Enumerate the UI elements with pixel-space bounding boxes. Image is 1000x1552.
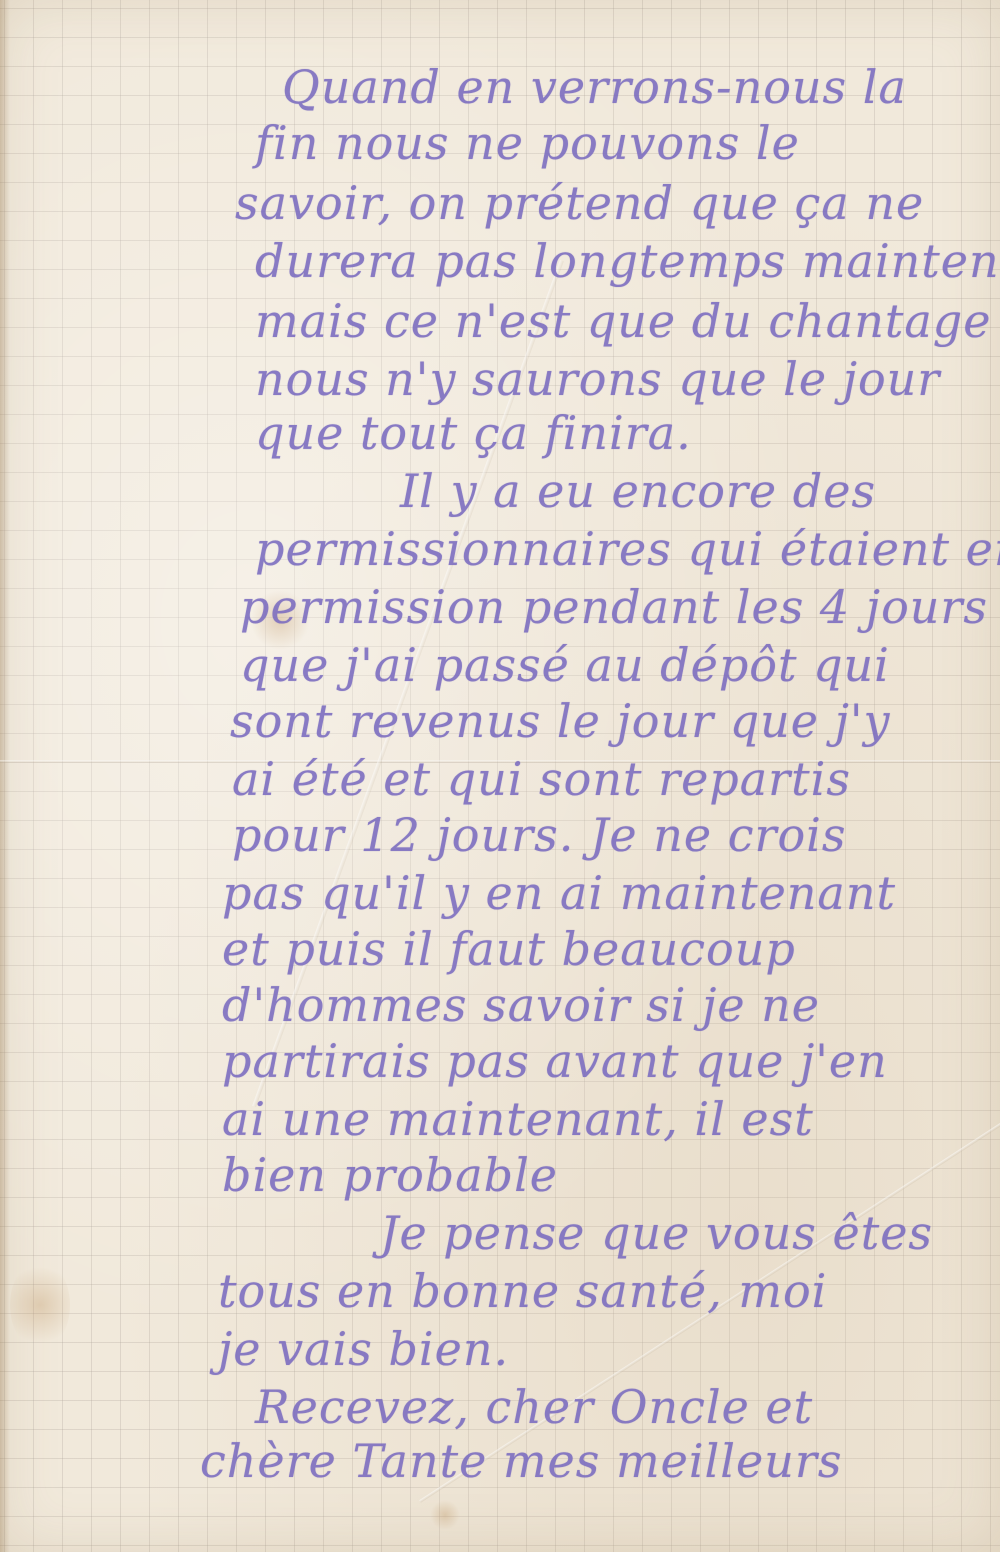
letter-line: permission pendant les 4 jours bbox=[240, 584, 988, 630]
letter-line: bien probable bbox=[222, 1152, 558, 1198]
letter-line: fin nous ne pouvons le bbox=[255, 120, 800, 166]
letter-line: ai une maintenant, il est bbox=[222, 1096, 814, 1142]
letter-line: pas qu'il y en ai maintenant bbox=[222, 870, 896, 916]
letter-line: tous en bonne santé, moi bbox=[218, 1268, 827, 1314]
letter-line: permissionnaires qui étaient en bbox=[255, 526, 1000, 572]
letter-line: que j'ai passé au dépôt qui bbox=[240, 642, 890, 688]
letter-line: mais ce n'est que du chantage bbox=[255, 298, 991, 344]
letter-line: partirais pas avant que j'en bbox=[222, 1038, 888, 1084]
letter-line: Recevez, cher Oncle et bbox=[255, 1384, 813, 1430]
letter-line: durera pas longtemps maintenant bbox=[255, 238, 1000, 284]
letter-line: je vais bien. bbox=[218, 1326, 509, 1372]
letter-line: d'hommes savoir si je ne bbox=[222, 982, 820, 1028]
letter-line: pour 12 jours. Je ne crois bbox=[232, 812, 846, 858]
handwritten-text: Quand en verrons-nous la fin nous ne pou… bbox=[0, 0, 1000, 1552]
letter-line: Il y a eu encore des bbox=[400, 468, 876, 514]
letter-line: chère Tante mes meilleurs bbox=[200, 1438, 842, 1484]
letter-line: savoir, on prétend que ça ne bbox=[235, 180, 924, 226]
letter-line: que tout ça finira. bbox=[255, 410, 692, 456]
letter-sheet: Quand en verrons-nous la fin nous ne pou… bbox=[0, 0, 1000, 1552]
letter-line: sont revenus le jour que j'y bbox=[230, 698, 891, 744]
letter-line: Quand en verrons-nous la bbox=[282, 64, 907, 110]
letter-line: ai été et qui sont repartis bbox=[232, 756, 851, 802]
letter-line: et puis il faut beaucoup bbox=[222, 926, 796, 972]
letter-line: nous n'y saurons que le jour bbox=[255, 356, 940, 402]
letter-line: Je pense que vous êtes bbox=[380, 1210, 933, 1256]
